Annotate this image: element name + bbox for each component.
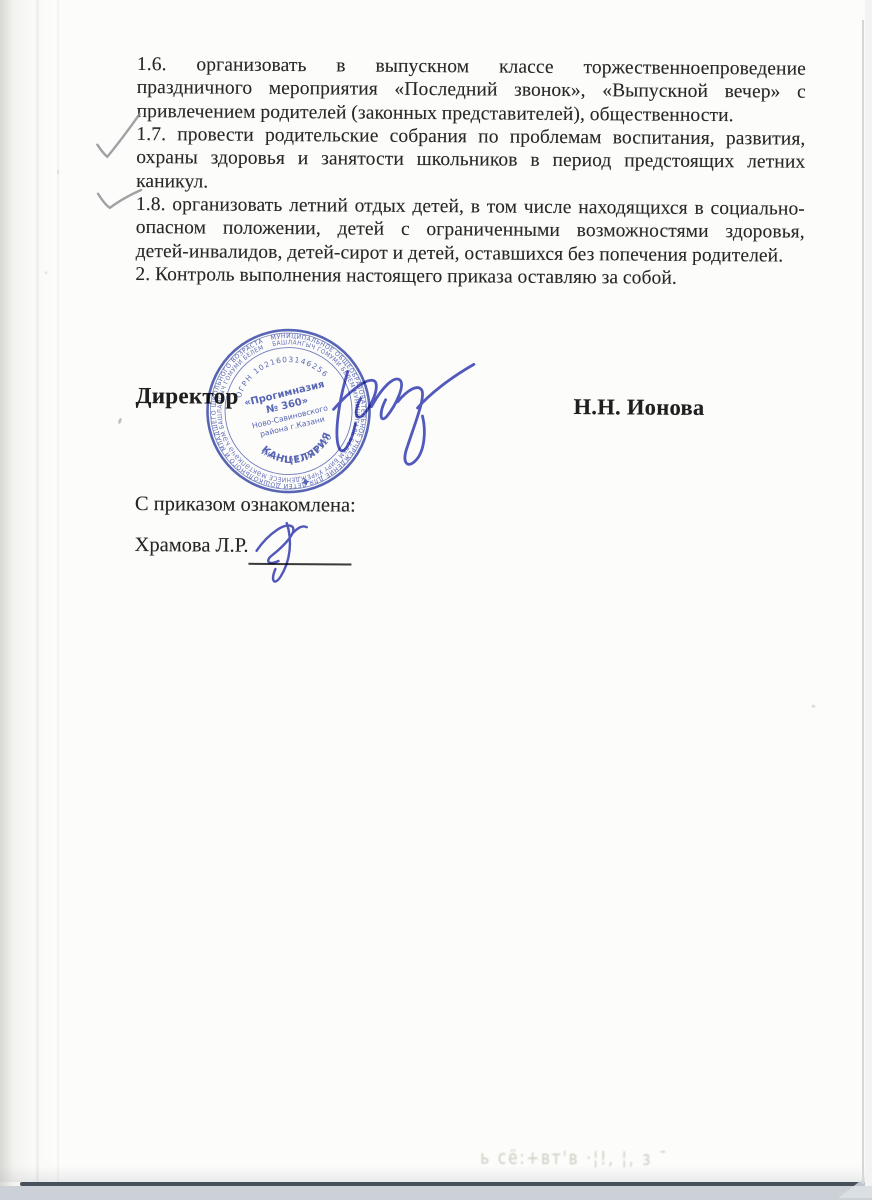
margin-checkmark-icon (91, 106, 145, 162)
scan-right-margin (865, 0, 872, 1186)
scan-speck (117, 418, 122, 425)
scanner-background (0, 1186, 872, 1200)
order-line: охраны здоровья и занятости школьников в… (136, 146, 805, 174)
paper-right-edge (862, 20, 864, 1184)
scan-speck (44, 271, 47, 274)
scan-speck (811, 705, 815, 708)
scan-speck (57, 169, 59, 174)
director-name: Н.Н. Ионова (573, 395, 704, 420)
acknowledgement-signature (242, 511, 323, 592)
paper-bottom-shadow (0, 1166, 872, 1182)
order-text-block: 1.6. организовать в выпускном классе тор… (135, 53, 806, 291)
acknowledged-person-name: Храмова Л.Р. (134, 533, 248, 558)
margin-checkmark-icon (93, 182, 145, 214)
page-content: 1.6. организовать в выпускном классе тор… (0, 0, 872, 1200)
scanned-document-page: 1.6. организовать в выпускном классе тор… (0, 0, 872, 1200)
order-line: 2. Контроль выполнения настоящего приказ… (135, 263, 804, 291)
director-signature (327, 349, 478, 480)
